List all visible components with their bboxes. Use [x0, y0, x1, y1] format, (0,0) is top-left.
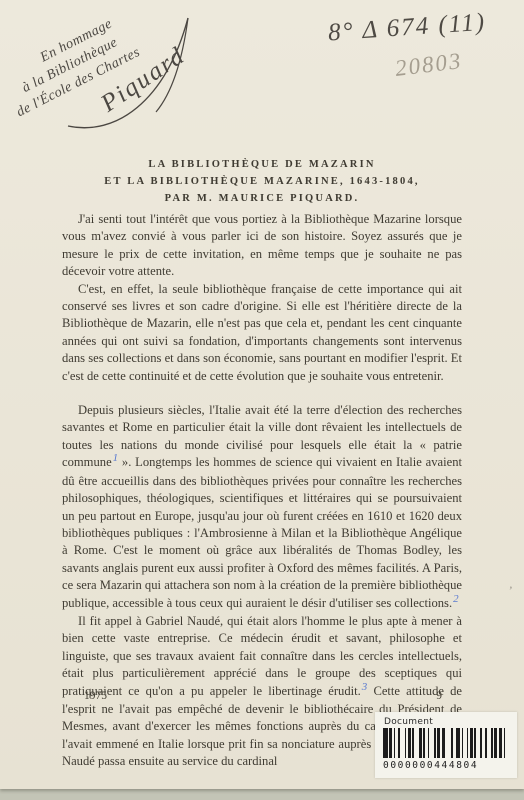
page-number: 9	[436, 690, 442, 702]
paragraph-2: C'est, en effet, la seule bibliothèque f…	[62, 281, 462, 385]
barcode-number: 0000000444804	[383, 760, 478, 771]
stray-mark: ’	[508, 583, 512, 598]
article-body: J'ai senti tout l'intérêt que vous porti…	[62, 211, 462, 771]
paragraph-3: Depuis plusieurs siècles, l'Italie avait…	[62, 402, 462, 613]
handwritten-footnote-mark-1: 1	[113, 452, 119, 464]
library-barcode-sticker: Document 0000000444804	[375, 712, 517, 778]
paragraph-text: ». Longtemps les hommes de science qui v…	[62, 455, 462, 609]
accession-number-annotation: 20803	[393, 48, 463, 82]
handwritten-footnote-mark-2: 2	[453, 593, 459, 605]
paragraph-1: J'ai senti tout l'intérêt que vous porti…	[62, 211, 462, 281]
title-line-2: ET LA BIBLIOTHÈQUE MAZARINE, 1643-1804,	[0, 173, 524, 190]
paragraph-text: J'ai senti tout l'intérêt que vous porti…	[62, 212, 462, 278]
paragraph-text: C'est, en effet, la seule bibliothèque f…	[62, 282, 462, 383]
barcode-icon	[383, 728, 505, 758]
title-line-1: LA BIBLIOTHÈQUE DE MAZARIN	[0, 156, 524, 173]
scanned-document: { "annotations": { "dedication": { "line…	[0, 0, 524, 800]
shelfmark-annotation: 8° Δ 674 (11)	[327, 9, 487, 48]
barcode-type-label: Document	[384, 717, 433, 727]
publication-year: 1975	[84, 690, 107, 702]
title-line-3: PAR M. MAURICE PIQUARD.	[0, 190, 524, 207]
article-title: LA BIBLIOTHÈQUE DE MAZARIN ET LA BIBLIOT…	[0, 156, 524, 207]
page-footer: 1975 9	[62, 690, 462, 702]
scanned-page: En hommage à la Bibliothèque de l'École …	[0, 0, 524, 789]
